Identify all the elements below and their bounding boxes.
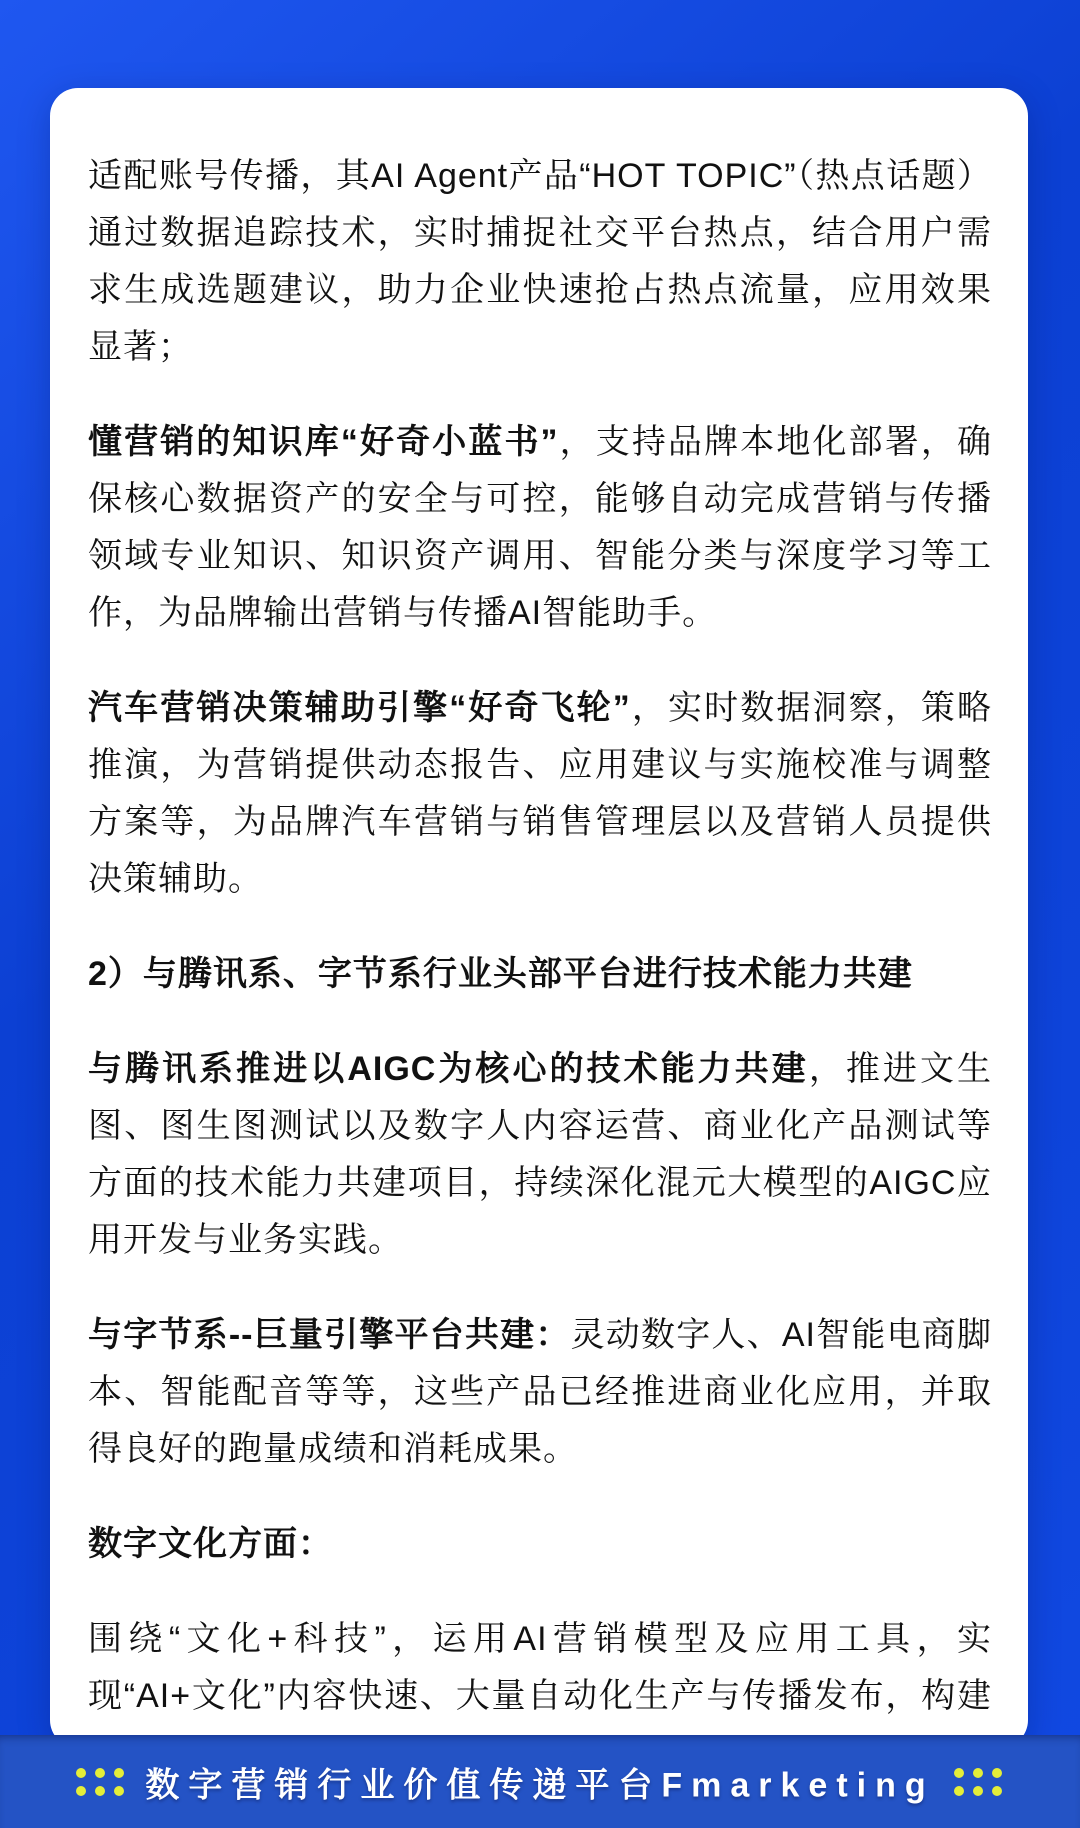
footer-bar: 数字营销行业价值传递平台Fmarketing xyxy=(0,1735,1080,1828)
dots-icon xyxy=(954,1768,1002,1796)
dot xyxy=(973,1786,983,1796)
dot xyxy=(973,1768,983,1778)
dot xyxy=(954,1786,964,1796)
paragraph: 懂营销的知识库“好奇小蓝书”，支持品牌本地化部署，确保核心数据资产的安全与可控，… xyxy=(88,414,992,642)
section-heading: 数字文化方面： xyxy=(88,1516,992,1573)
paragraph: 与字节系--巨量引擎平台共建：灵动数字人、AI智能电商脚本、智能配音等等，这些产… xyxy=(88,1307,992,1478)
article-card: 适配账号传播，其AI Agent产品“HOT TOPIC”（热点话题）通过数据追… xyxy=(50,88,1028,1748)
paragraph: 适配账号传播，其AI Agent产品“HOT TOPIC”（热点话题）通过数据追… xyxy=(88,148,992,376)
dot xyxy=(954,1768,964,1778)
paragraph: 与腾讯系推进以AIGC为核心的技术能力共建，推进文生图、图生图测试以及数字人内容… xyxy=(88,1041,992,1269)
paragraph: 围绕“文化+科技”，运用AI营销模型及应用工具，实现“AI+文化”内容快速、大量… xyxy=(88,1611,992,1748)
article: 适配账号传播，其AI Agent产品“HOT TOPIC”（热点话题）通过数据追… xyxy=(88,148,992,1748)
section-heading: 2）与腾讯系、字节系行业头部平台进行技术能力共建 xyxy=(88,946,992,1003)
footer-brand-title: 数字营销行业价值传递平台Fmarketing xyxy=(0,1757,1080,1806)
paragraph: 汽车营销决策辅助引擎“好奇飞轮”，实时数据洞察，策略推演，为营销提供动态报告、应… xyxy=(88,680,992,908)
dot xyxy=(992,1786,1002,1796)
dot xyxy=(992,1768,1002,1778)
